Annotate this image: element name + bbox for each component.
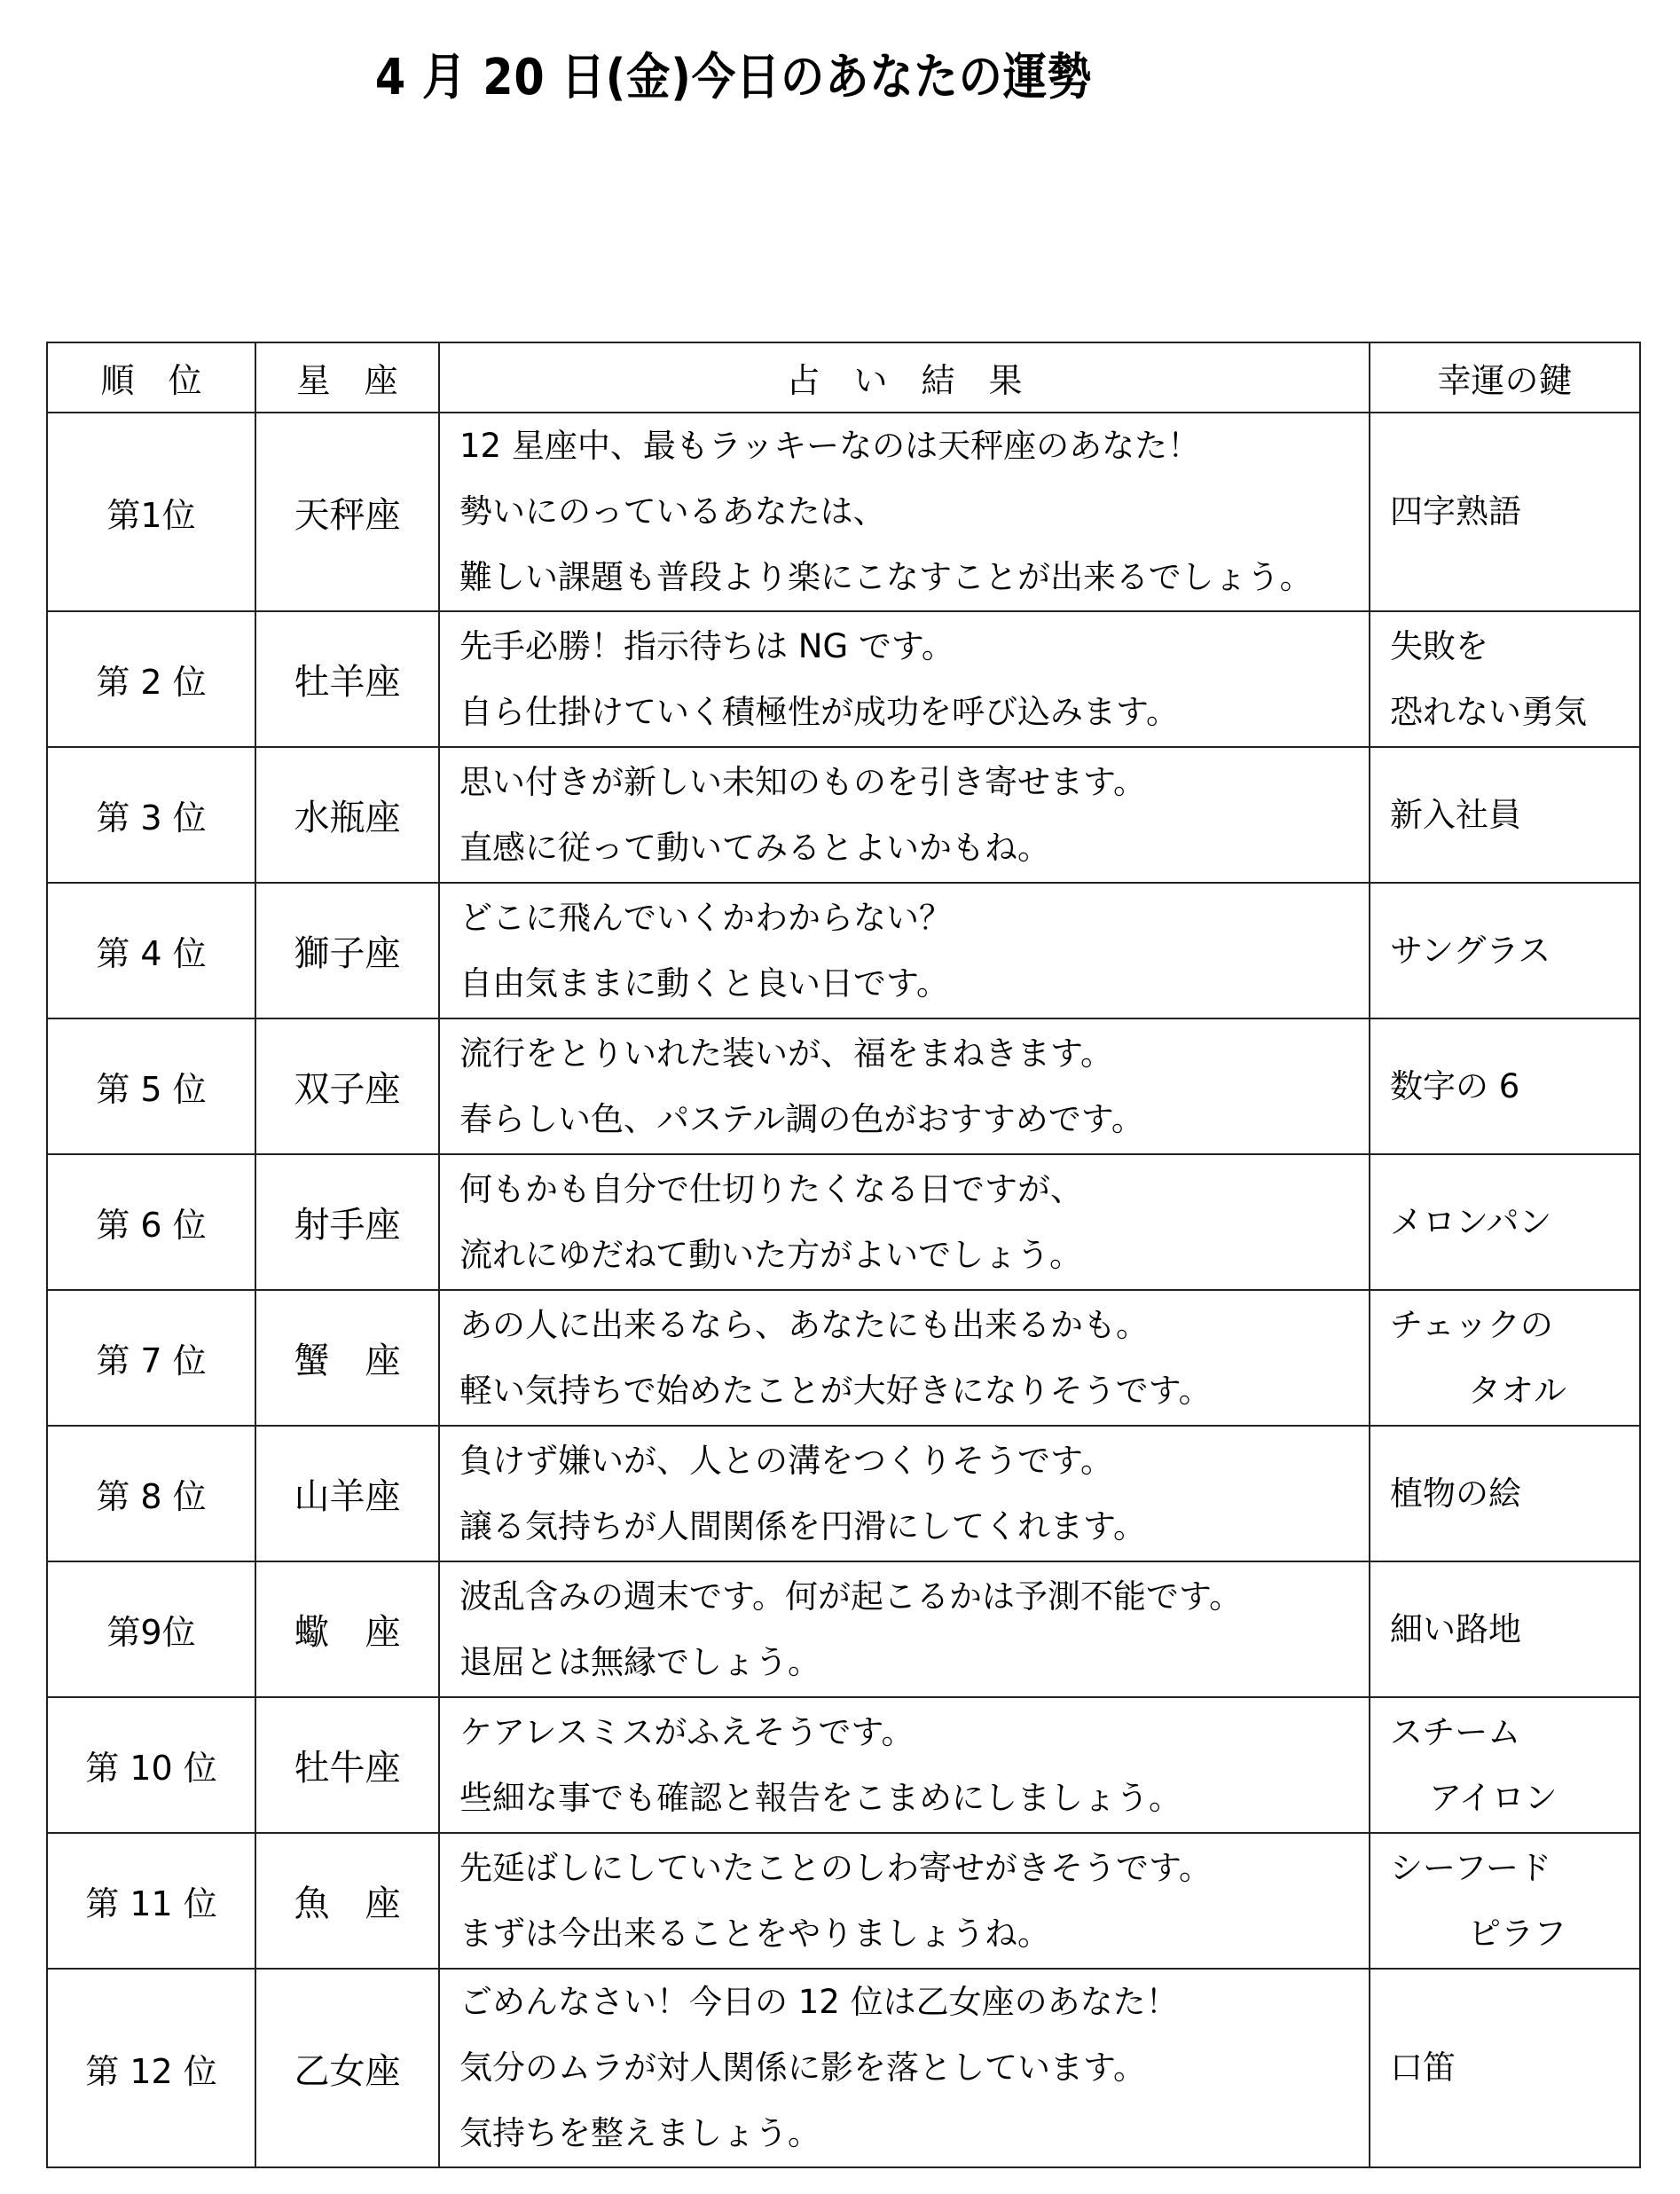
- lucky-key-line: 失敗を: [1390, 614, 1639, 680]
- rank-cell: 第9位: [47, 1561, 255, 1697]
- result-line: ケアレスミスがふえそうです。: [459, 1700, 1369, 1765]
- result-line: 思い付きが新しい未知のものを引き寄せます。: [459, 750, 1369, 815]
- rank-cell: 第 12 位: [47, 1969, 255, 2167]
- lucky-key-cell: 数字の 6: [1370, 1018, 1640, 1154]
- rank-cell: 第 7 位: [47, 1290, 255, 1426]
- result-line: 軽い気持ちで始めたことが大好きになりそうです。: [459, 1358, 1369, 1424]
- result-line: どこに飛んでいくかわからない？: [459, 885, 1369, 951]
- rank-cell: 第 6 位: [47, 1154, 255, 1290]
- lucky-key-line: 恐れない勇気: [1390, 680, 1639, 745]
- result-cell: どこに飛んでいくかわからない？ 自由気ままに動くと良い日です。: [439, 883, 1370, 1018]
- rank-cell: 第 4 位: [47, 883, 255, 1018]
- lucky-key-cell: 四字熟語: [1370, 413, 1640, 611]
- header-result: 占 い 結 果: [439, 342, 1370, 413]
- table-row: 第 8 位 山羊座 負けず嫌いが、人との溝をつくりそうです。 譲る気持ちが人間関…: [47, 1426, 1640, 1561]
- page-title: 4 月 20 日(金)今日のあなたの運勢: [0, 43, 1472, 114]
- table-row: 第 11 位 魚 座 先延ばしにしていたことのしわ寄せがきそうです。 まずは今出…: [47, 1833, 1640, 1969]
- rank-cell: 第 3 位: [47, 747, 255, 883]
- table-row: 第 3 位 水瓶座 思い付きが新しい未知のものを引き寄せます。 直感に従って動い…: [47, 747, 1640, 883]
- lucky-key-line: メロンパン: [1390, 1190, 1639, 1255]
- rank-cell: 第1位: [47, 413, 255, 611]
- result-cell: あの人に出来るなら、あなたにも出来るかも。 軽い気持ちで始めたことが大好きになり…: [439, 1290, 1370, 1426]
- table-row: 第1位 天秤座 12 星座中、最もラッキーなのは天秤座のあなた！ 勢いにのってい…: [47, 413, 1640, 611]
- result-line: 譲る気持ちが人間関係を円滑にしてくれます。: [459, 1494, 1369, 1560]
- result-line: 春らしい色、パステル調の色がおすすめです。: [459, 1087, 1369, 1152]
- lucky-key-cell: 細い路地: [1370, 1561, 1640, 1697]
- table-row: 第 7 位 蟹 座 あの人に出来るなら、あなたにも出来るかも。 軽い気持ちで始め…: [47, 1290, 1640, 1426]
- table-row: 第 2 位 牡羊座 先手必勝！指示待ちは NG です。 自ら仕掛けていく積極性が…: [47, 611, 1640, 747]
- result-line: 流れにゆだねて動いた方がよいでしょう。: [459, 1223, 1369, 1288]
- result-line: 気分のムラが対人関係に影を落としています。: [459, 2035, 1369, 2101]
- result-line: 勢いにのっているあなたは、: [459, 479, 1369, 545]
- sign-cell: 山羊座: [255, 1426, 439, 1561]
- header-lucky-key: 幸運の鍵: [1370, 342, 1640, 413]
- sign-cell: 水瓶座: [255, 747, 439, 883]
- result-cell: 先手必勝！指示待ちは NG です。 自ら仕掛けていく積極性が成功を呼び込みます。: [439, 611, 1370, 747]
- result-cell: ごめんなさい！今日の 12 位は乙女座のあなた！ 気分のムラが対人関係に影を落と…: [439, 1969, 1370, 2167]
- sign-cell: 乙女座: [255, 1969, 439, 2167]
- lucky-key-line: シーフード: [1390, 1836, 1639, 1901]
- result-line: 波乱含みの週末です。何が起こるかは予測不能です。: [459, 1564, 1369, 1630]
- lucky-key-cell: シーフード ピラフ: [1370, 1833, 1640, 1969]
- lucky-key-line: 細い路地: [1390, 1597, 1639, 1663]
- table-header-row: 順 位 星 座 占 い 結 果 幸運の鍵: [47, 342, 1640, 413]
- table-row: 第 10 位 牡牛座 ケアレスミスがふえそうです。 些細な事でも確認と報告をこま…: [47, 1697, 1640, 1833]
- header-sign: 星 座: [255, 342, 439, 413]
- lucky-key-cell: 植物の絵: [1370, 1426, 1640, 1561]
- sign-cell: 牡牛座: [255, 1697, 439, 1833]
- lucky-key-cell: 口笛: [1370, 1969, 1640, 2167]
- lucky-key-line: スチーム: [1390, 1700, 1639, 1765]
- result-line: 自ら仕掛けていく積極性が成功を呼び込みます。: [459, 680, 1369, 745]
- lucky-key-line: 数字の 6: [1390, 1054, 1639, 1120]
- result-cell: ケアレスミスがふえそうです。 些細な事でも確認と報告をこまめにしましょう。: [439, 1697, 1370, 1833]
- lucky-key-line: 植物の絵: [1390, 1461, 1639, 1527]
- table-row: 第 12 位 乙女座 ごめんなさい！今日の 12 位は乙女座のあなた！ 気分のム…: [47, 1969, 1640, 2167]
- lucky-key-cell: スチーム アイロン: [1370, 1697, 1640, 1833]
- result-line: 難しい課題も普段より楽にこなすことが出来るでしょう。: [459, 545, 1369, 610]
- result-line: 些細な事でも確認と報告をこまめにしましょう。: [459, 1765, 1369, 1831]
- result-line: まずは今出来ることをやりましょうね。: [459, 1901, 1369, 1967]
- result-cell: 流行をとりいれた装いが、福をまねきます。 春らしい色、パステル調の色がおすすめで…: [439, 1018, 1370, 1154]
- lucky-key-line: タオル: [1390, 1358, 1639, 1424]
- result-line: 負けず嫌いが、人との溝をつくりそうです。: [459, 1428, 1369, 1494]
- sign-cell: 双子座: [255, 1018, 439, 1154]
- rank-cell: 第 2 位: [47, 611, 255, 747]
- header-rank: 順 位: [47, 342, 255, 413]
- result-line: あの人に出来るなら、あなたにも出来るかも。: [459, 1293, 1369, 1358]
- table-row: 第 5 位 双子座 流行をとりいれた装いが、福をまねきます。 春らしい色、パステ…: [47, 1018, 1640, 1154]
- sign-cell: 獅子座: [255, 883, 439, 1018]
- result-line: 流行をとりいれた装いが、福をまねきます。: [459, 1021, 1369, 1087]
- rank-cell: 第 11 位: [47, 1833, 255, 1969]
- lucky-key-cell: 失敗を 恐れない勇気: [1370, 611, 1640, 747]
- horoscope-ranking-table: 順 位 星 座 占 い 結 果 幸運の鍵 第1位 天秤座 12 星座中、最もラッ…: [46, 342, 1641, 2168]
- lucky-key-line: 口笛: [1390, 2035, 1639, 2101]
- sign-cell: 天秤座: [255, 413, 439, 611]
- result-line: 退屈とは無縁でしょう。: [459, 1630, 1369, 1695]
- table-row: 第 4 位 獅子座 どこに飛んでいくかわからない？ 自由気ままに動くと良い日です…: [47, 883, 1640, 1018]
- result-line: 何もかも自分で仕切りたくなる日ですが、: [459, 1157, 1369, 1223]
- lucky-key-cell: 新入社員: [1370, 747, 1640, 883]
- result-cell: 思い付きが新しい未知のものを引き寄せます。 直感に従って動いてみるとよいかもね。: [439, 747, 1370, 883]
- table-row: 第9位 蠍 座 波乱含みの週末です。何が起こるかは予測不能です。 退屈とは無縁で…: [47, 1561, 1640, 1697]
- result-line: 自由気ままに動くと良い日です。: [459, 951, 1369, 1017]
- result-line: 気持ちを整えましょう。: [459, 2101, 1369, 2166]
- rank-cell: 第 10 位: [47, 1697, 255, 1833]
- result-cell: 波乱含みの週末です。何が起こるかは予測不能です。 退屈とは無縁でしょう。: [439, 1561, 1370, 1697]
- lucky-key-cell: メロンパン: [1370, 1154, 1640, 1290]
- sign-cell: 蠍 座: [255, 1561, 439, 1697]
- result-line: 先延ばしにしていたことのしわ寄せがきそうです。: [459, 1836, 1369, 1901]
- rank-cell: 第 8 位: [47, 1426, 255, 1561]
- rank-cell: 第 5 位: [47, 1018, 255, 1154]
- result-cell: 12 星座中、最もラッキーなのは天秤座のあなた！ 勢いにのっているあなたは、 難…: [439, 413, 1370, 611]
- result-cell: 先延ばしにしていたことのしわ寄せがきそうです。 まずは今出来ることをやりましょう…: [439, 1833, 1370, 1969]
- result-line: 12 星座中、最もラッキーなのは天秤座のあなた！: [459, 413, 1369, 479]
- sign-cell: 蟹 座: [255, 1290, 439, 1426]
- sign-cell: 牡羊座: [255, 611, 439, 747]
- lucky-key-line: 四字熟語: [1390, 479, 1639, 545]
- result-line: ごめんなさい！今日の 12 位は乙女座のあなた！: [459, 1970, 1369, 2035]
- result-cell: 負けず嫌いが、人との溝をつくりそうです。 譲る気持ちが人間関係を円滑にしてくれま…: [439, 1426, 1370, 1561]
- lucky-key-line: ピラフ: [1390, 1901, 1639, 1967]
- sign-cell: 射手座: [255, 1154, 439, 1290]
- lucky-key-line: アイロン: [1390, 1765, 1639, 1831]
- table-row: 第 6 位 射手座 何もかも自分で仕切りたくなる日ですが、 流れにゆだねて動いた…: [47, 1154, 1640, 1290]
- sign-cell: 魚 座: [255, 1833, 439, 1969]
- lucky-key-cell: チェックの タオル: [1370, 1290, 1640, 1426]
- result-line: 先手必勝！指示待ちは NG です。: [459, 614, 1369, 680]
- lucky-key-cell: サングラス: [1370, 883, 1640, 1018]
- result-cell: 何もかも自分で仕切りたくなる日ですが、 流れにゆだねて動いた方がよいでしょう。: [439, 1154, 1370, 1290]
- result-line: 直感に従って動いてみるとよいかもね。: [459, 815, 1369, 881]
- lucky-key-line: チェックの: [1390, 1293, 1639, 1358]
- lucky-key-line: サングラス: [1390, 918, 1639, 984]
- lucky-key-line: 新入社員: [1390, 782, 1639, 848]
